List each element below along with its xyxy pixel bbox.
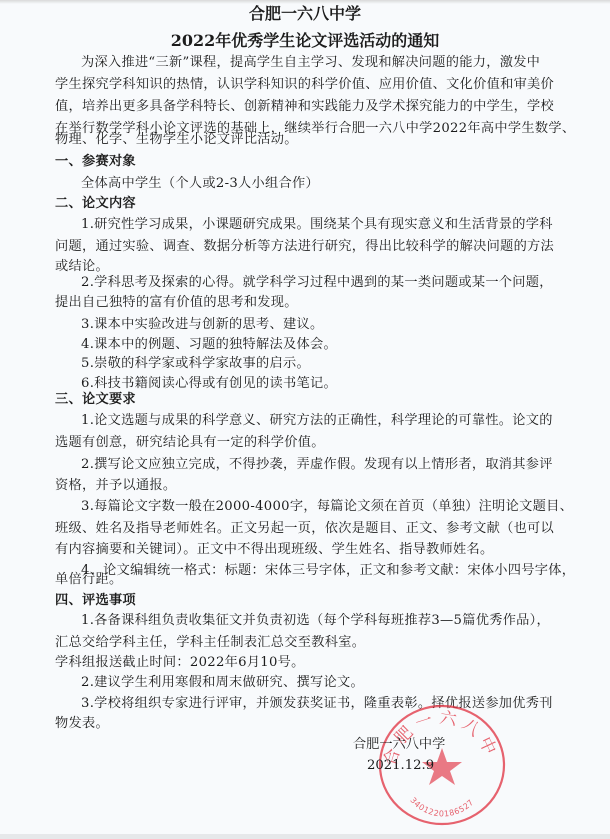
section-line: 2.撰写论文应独立完成，不得抄袭，弄虚作假。发现有以上情形者，取消其参评 xyxy=(81,457,553,473)
section-line: 单倍行距。 xyxy=(55,572,122,588)
section-line: 1.各备课科组负责收集征文并负责初选（每个学科每班推荐3—5篇优秀作品）， xyxy=(81,613,550,629)
section-line: 物发表。 xyxy=(55,716,109,732)
section-line: 全体高中学生（个人或2-3人小组合作） xyxy=(81,176,319,192)
section-line: 2.建议学生利用寒假和周末做研究、撰写论文。 xyxy=(81,675,364,691)
section-line: 提出自己独特的富有价值的思考和发现。 xyxy=(55,295,298,311)
section-line: 有内容摘要和关键词）。正文中不得出现班级、学生姓名、指导教师姓名。 xyxy=(55,542,493,558)
intro-line: 为深入推进“三新”课程，提高学生自主学习、发现和解决问题的能力，激发中 xyxy=(81,55,540,71)
signature-school: 合肥一六八中学 xyxy=(353,737,445,753)
bottom-edge xyxy=(0,834,610,839)
section-heading-content: 二、论文内容 xyxy=(55,196,136,212)
section-line: 班级、姓名及指导老师姓名。正文另起一页，依次是题目、正文、参考文献（也可以 xyxy=(55,521,554,537)
section-line: 4、论文编辑统一格式：标题：宋体三号字体，正文和参考文献：宋体小四号字体， xyxy=(81,563,575,579)
intro-line: 物理、化学、生物学生小论文评比活动。 xyxy=(55,132,298,148)
section-line: 1.论文选题与成果的科学意义、研究方法的正确性，科学理论的可靠性。论文的 xyxy=(81,413,553,429)
section-line: 资格，并予以通报。 xyxy=(55,478,176,494)
section-line: 4.课本中的例题、习题的独特解法及体会。 xyxy=(81,337,337,353)
section-heading-requirements: 三、论文要求 xyxy=(55,392,136,408)
signature-date: 2021.12.9 xyxy=(367,758,434,774)
section-line: 6.科技书籍阅读心得或有创见的读书笔记。 xyxy=(81,376,337,392)
section-heading-evaluation: 四、评选事项 xyxy=(55,593,136,609)
section-line: 或结论。 xyxy=(55,259,109,275)
intro-line: 值，培养出更多具备学科特长、创新精神和实践能力及学术探究能力的中学生，学校 xyxy=(55,99,554,115)
section-line: 3.每篇论文字数一般在2000-4000字，每篇论文须在首页（单独）注明论文题目… xyxy=(81,499,573,515)
section-line: 5.崇敬的科学家或科学家故事的启示。 xyxy=(81,356,310,372)
section-line: 2.学科思考及探索的心得。就学科学习过程中遇到的某一类问题或某一个问题， xyxy=(81,275,553,291)
svg-text:3401220186527: 3401220186527 xyxy=(408,796,475,819)
section-line: 3.课本中实验改进与创新的思考、建议。 xyxy=(81,317,323,333)
section-line: 问题，通过实验、调查、数据分析等方法进行研究，得出比较科学的解决问题的方法 xyxy=(55,239,554,255)
section-line: 1.研究性学习成果，小课题研究成果。围绕某个具有现实意义和生活背景的学科 xyxy=(81,217,553,233)
notice-title: 2022年优秀学生论文评选活动的通知 xyxy=(0,31,610,51)
section-line: 选题有创意，研究结论具有一定的科学价值。 xyxy=(55,435,325,451)
school-name-heading: 合肥一六八中学 xyxy=(0,5,610,23)
section-heading-participants: 一、参赛对象 xyxy=(55,154,136,170)
intro-line: 学生探究学科知识的热情，认识学科知识的科学价值、应用价值、文化价值和审美价 xyxy=(55,77,554,93)
section-line: 汇总交给学科主任，学科主任制表汇总交至教科室。 xyxy=(55,635,365,651)
section-line-deadline: 学科组报送截止时间：2022年6月10号。 xyxy=(55,655,305,671)
